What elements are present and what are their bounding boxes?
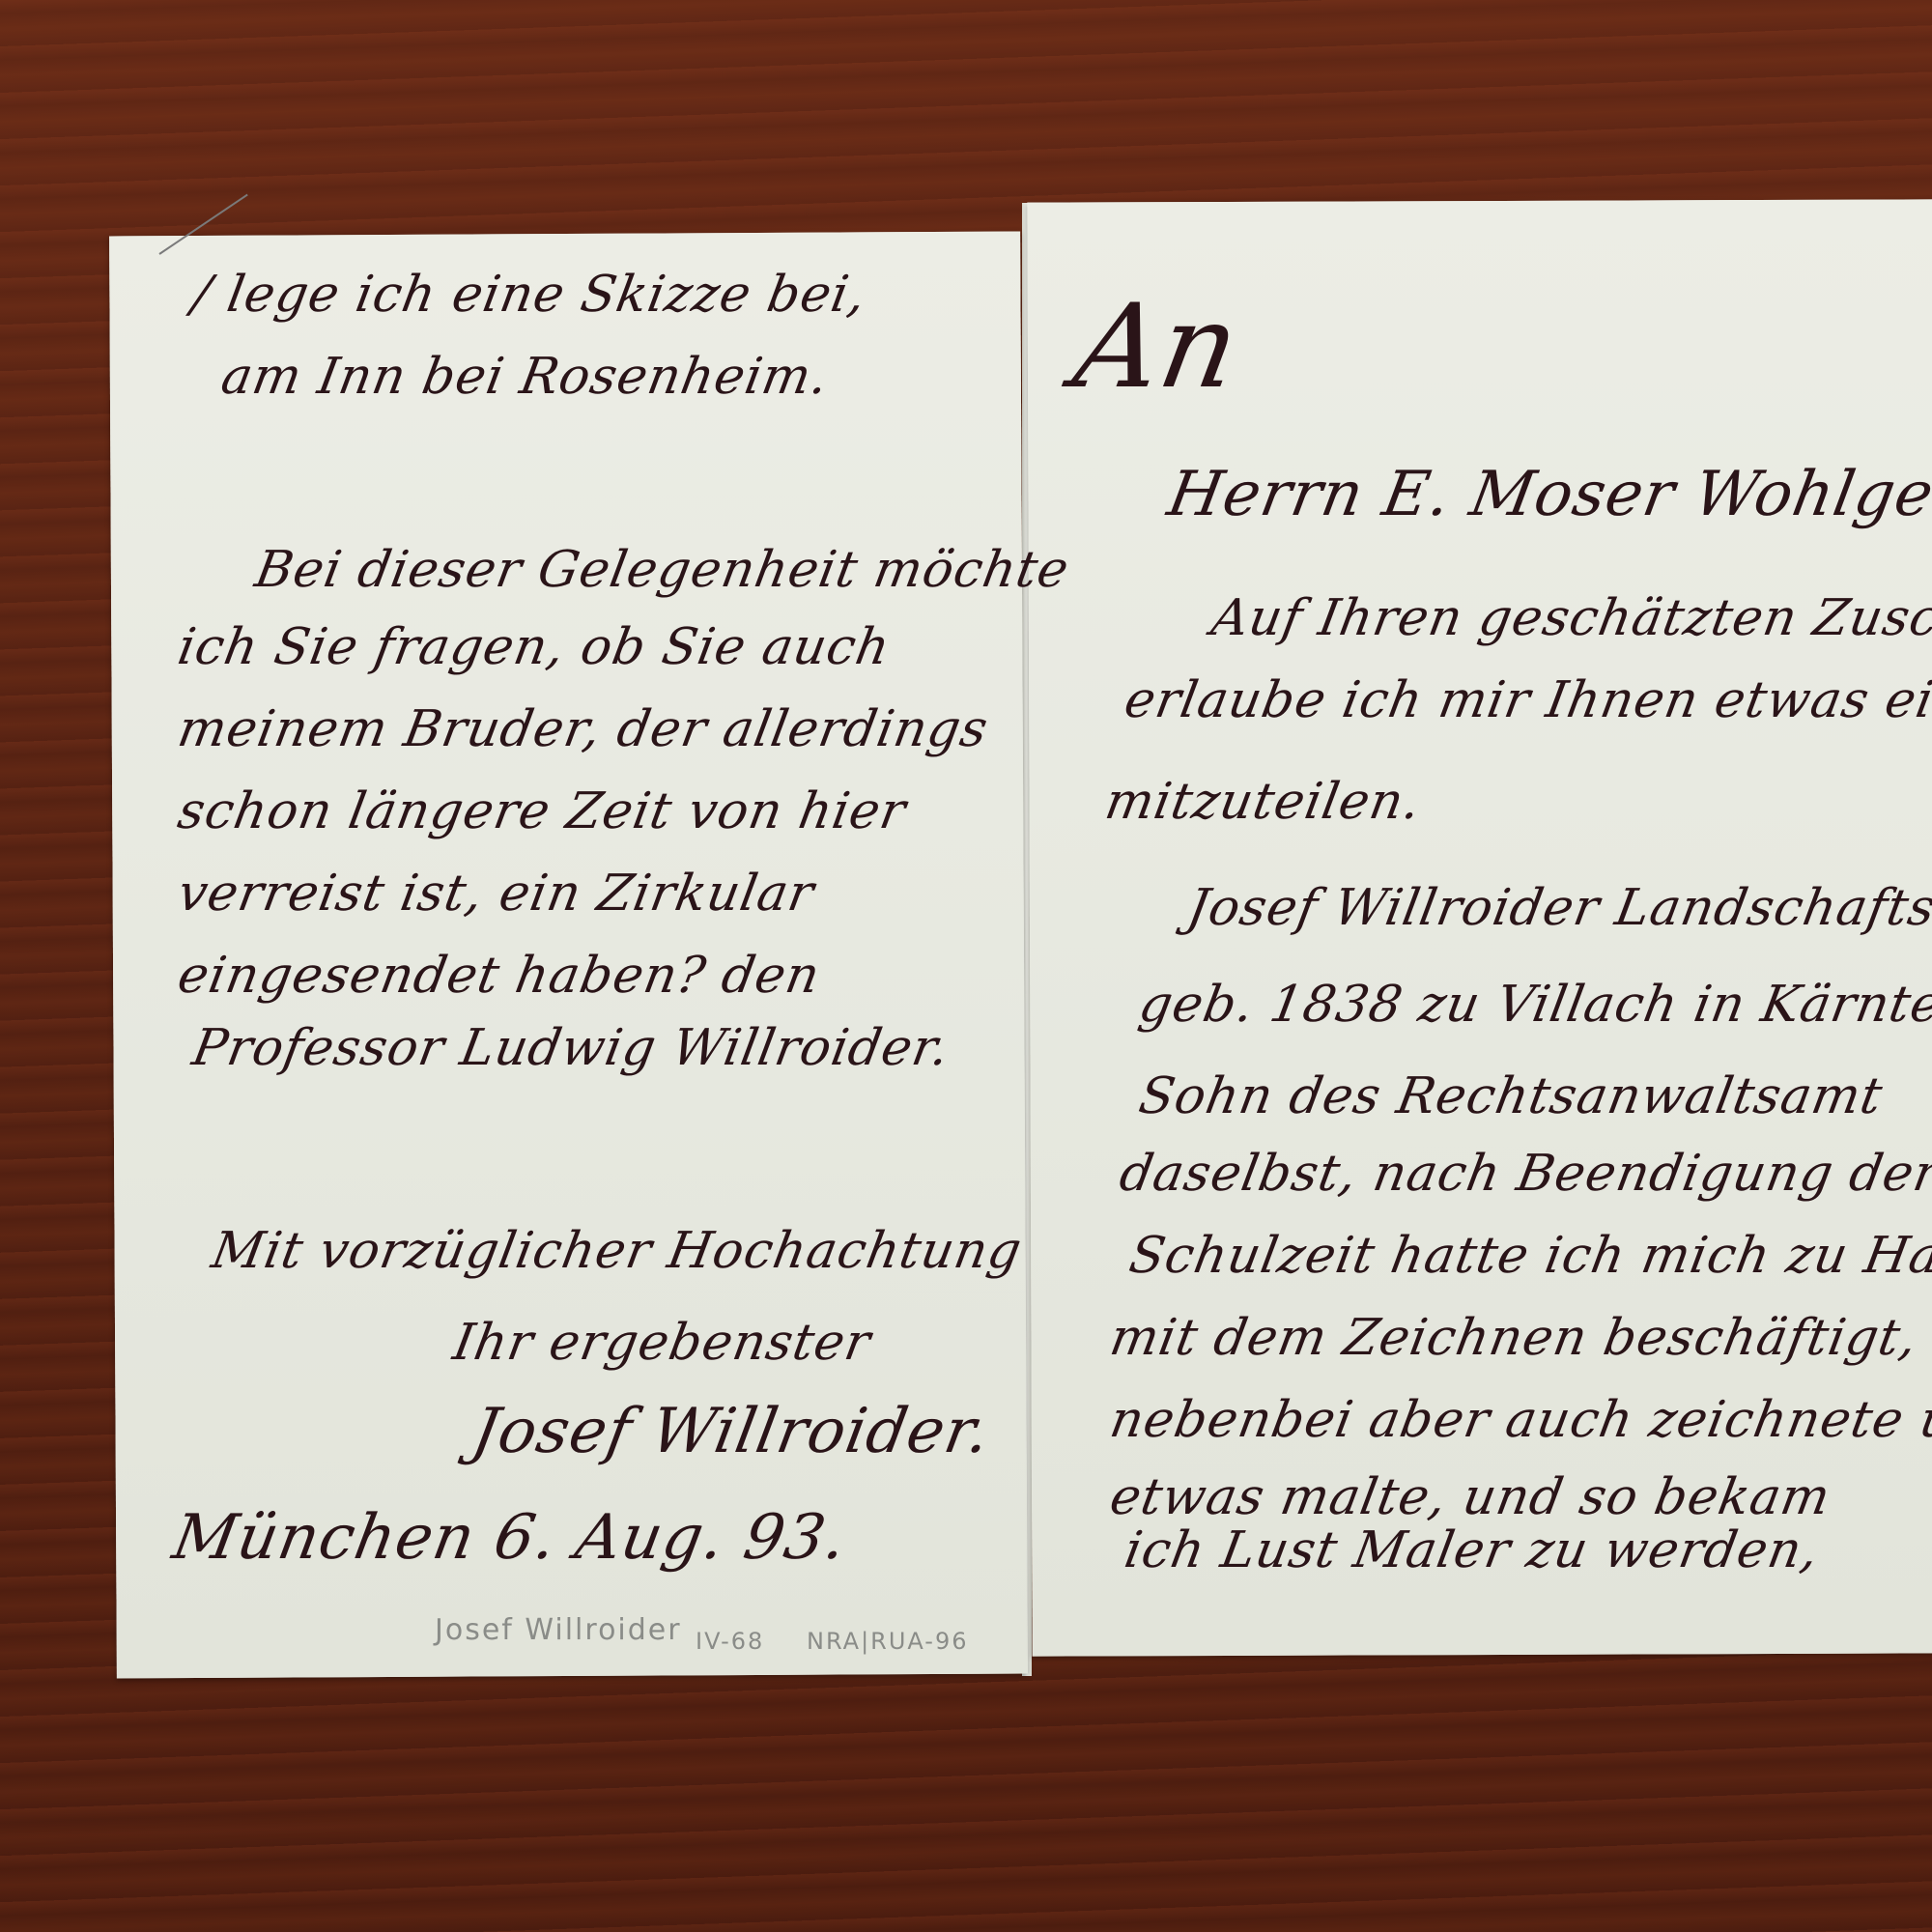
right-line-5: geb. 1838 zu Villach in Kärnten,	[1135, 976, 1932, 1034]
place-date: München 6. Aug. 93.	[167, 1502, 852, 1574]
archive-code-2: NRA|RUA-96	[807, 1628, 969, 1655]
right-line-11: etwas malte, und so bekam	[1106, 1468, 1835, 1526]
left-line-1: / lege ich eine Skizze bei,	[188, 266, 871, 324]
right-line-9: mit dem Zeichnen beschäftigt,	[1106, 1309, 1922, 1367]
closing-line-2: Ihr ergebenster	[449, 1314, 875, 1372]
salutation-an: An	[1065, 280, 1249, 414]
left-line-9: Professor Ludwig Willroider.	[188, 1019, 954, 1077]
right-line-2: erlaube ich mir Ihnen etwas einiges	[1121, 671, 1932, 729]
right-line-12: ich Lust Maler zu werden,	[1121, 1521, 1824, 1579]
right-line-8: Schulzeit hatte ich mich zu Hause	[1125, 1227, 1932, 1285]
right-line-10: nebenbei aber auch zeichnete und	[1106, 1391, 1932, 1449]
right-line-4: Josef Willroider Landschaftsmaler	[1183, 879, 1932, 937]
salutation-recipient: Herrn E. Moser Wohlgeboren!	[1162, 459, 1932, 530]
signature: Josef Willroider.	[467, 1396, 995, 1467]
left-line-5: meinem Bruder, der allerdings	[174, 700, 993, 758]
archive-name: Josef Willroider	[435, 1613, 682, 1647]
closing-line: Mit vorzüglicher Hochachtung	[208, 1222, 1027, 1280]
right-line-7: daselbst, nach Beendigung der	[1116, 1145, 1932, 1203]
left-line-6: schon längere Zeit von hier	[174, 782, 911, 840]
left-line-3: Bei dieser Gelegenheit möchte	[251, 541, 1074, 599]
right-line-1: Auf Ihren geschätzten Zuschrift	[1207, 589, 1932, 647]
left-line-7: verreist ist, ein Zirkular	[174, 865, 819, 923]
archive-code-1: IV-68	[696, 1628, 764, 1655]
left-line-4: ich Sie fragen, ob Sie auch	[174, 618, 895, 676]
left-line-8: eingesendet haben? den	[174, 947, 825, 1005]
right-line-6: Sohn des Rechtsanwaltsamt	[1135, 1067, 1888, 1125]
right-line-3: mitzuteilen.	[1101, 773, 1426, 831]
left-line-2: am Inn bei Rosenheim.	[217, 348, 834, 406]
